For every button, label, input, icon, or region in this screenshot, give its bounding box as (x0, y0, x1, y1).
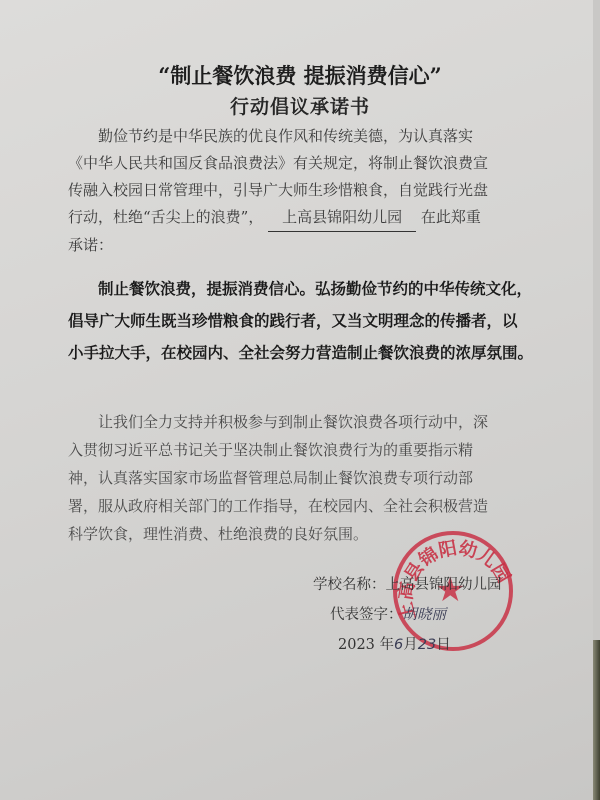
text-line: 承诺： (68, 232, 568, 259)
text-segment: 行动，杜绝“舌尖上的浪费”， (68, 208, 263, 226)
date-month: 6 (394, 637, 403, 653)
text-line: 小手拉大手，在校园内、全社会努力营造制止餐饮浪费的浓厚氛围。 (68, 337, 568, 369)
paragraph-intro: 勤俭节约是中华民族的优良作风和传统美德，为认真落实 《中华人民共和国反食品浪费法… (68, 123, 568, 259)
school-name-value: 上高县锦阳幼儿园 (386, 577, 502, 593)
text-line: 传融入校园日常管理中，引导广大师生珍惜粮食，自觉践行光盘 (68, 177, 568, 204)
text-line: 神，认真落实国家市场监督管理总局制止餐饮浪费专项行动部 (68, 464, 568, 492)
paper-sheet (0, 0, 593, 800)
text-segment: 在此郑重 (421, 208, 481, 226)
date-day-suffix: 日 (436, 637, 451, 653)
date-month-suffix: 月 (403, 637, 418, 653)
text-line: 入贯彻习近平总书记关于坚决制止餐饮浪费行为的重要指示精 (68, 436, 568, 464)
representative-label: 代表签字： (330, 607, 403, 623)
text-line: 制止餐饮浪费，提振消费信心。弘扬勤俭节约的中华传统文化， (68, 273, 568, 305)
document-title: “制止餐饮浪费 提振消费信心” (0, 60, 600, 90)
text-line: 倡导广大师生既当珍惜粮食的践行者，又当文明理念的传播者，以 (68, 305, 568, 337)
text-line: 署，服从政府相关部门的工作指导，在校园内、全社会积极营造 (68, 492, 568, 520)
text-line: 勤俭节约是中华民族的优良作风和传统美德，为认真落实 (68, 123, 568, 150)
document-subtitle: 行动倡议承诺书 (0, 92, 600, 119)
text-line: 《中华人民共和国反食品浪费法》有关规定，将制止餐饮浪费宣 (68, 150, 568, 177)
paragraph-call-to-action: 让我们全力支持并积极参与到制止餐饮浪费各项行动中，深 入贯彻习近平总书记关于坚决… (68, 408, 568, 548)
date-year: 2023 (338, 637, 375, 653)
date-row: 2023 年6月23日 (338, 633, 451, 654)
school-name-fill: 上高县锦阳幼儿园 (268, 204, 416, 232)
representative-row: 代表签字：胡晓丽 (330, 603, 446, 624)
school-name-label: 学校名称： (313, 577, 386, 593)
text-line: 行动，杜绝“舌尖上的浪费”， 上高县锦阳幼儿园 在此郑重 (68, 204, 568, 232)
date-year-suffix: 年 (380, 637, 395, 653)
school-name-row: 学校名称：上高县锦阳幼儿园 (313, 573, 502, 594)
background-edge (593, 640, 600, 800)
text-line: 让我们全力支持并积极参与到制止餐饮浪费各项行动中，深 (68, 408, 568, 436)
paragraph-pledge: 制止餐饮浪费，提振消费信心。弘扬勤俭节约的中华传统文化， 倡导广大师生既当珍惜粮… (68, 273, 568, 369)
representative-signature: 胡晓丽 (403, 607, 447, 623)
date-day: 23 (418, 637, 436, 653)
